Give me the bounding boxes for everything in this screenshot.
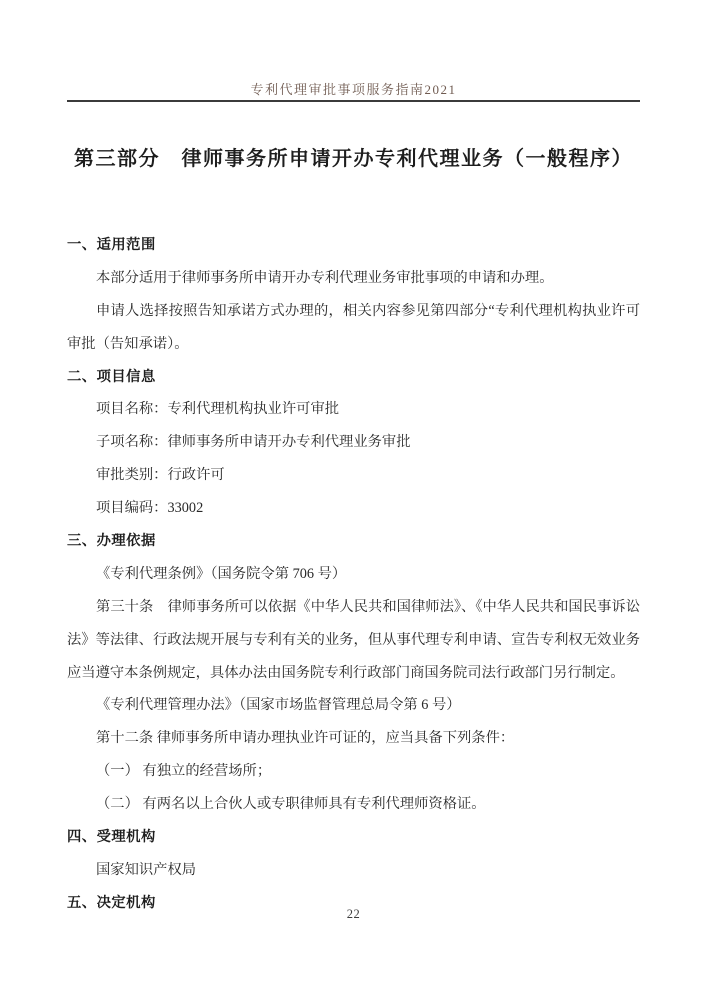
doc-line: 法》等法律、行政法规开展与专利有关的业务，但从事代理专利申请、宣告专利权无效业务 bbox=[67, 624, 640, 657]
doc-line: 《专利代理管理办法》（国家市场监督管理总局令第 6 号） bbox=[67, 689, 640, 722]
doc-line: 子项名称：律师事务所申请开办专利代理业务审批 bbox=[67, 426, 640, 459]
page-number: 22 bbox=[0, 907, 707, 922]
document-body: 一、适用范围 本部分适用于律师事务所申请开办专利代理业务审批事项的申请和办理。 … bbox=[67, 229, 640, 920]
doc-line: 审批类别：行政许可 bbox=[67, 459, 640, 492]
header-rule bbox=[67, 100, 640, 102]
doc-line: 第三十条 律师事务所可以依据《中华人民共和国律师法》、《中华人民共和国民事诉讼 bbox=[67, 591, 640, 624]
section-heading: 四、受理机构 bbox=[67, 821, 640, 854]
doc-line: 审批（告知承诺）。 bbox=[67, 328, 640, 361]
document-page: 专利代理审批事项服务指南2021 第三部分 律师事务所申请开办专利代理业务（一般… bbox=[0, 0, 707, 1000]
section-heading: 二、项目信息 bbox=[67, 361, 640, 394]
doc-line: 项目名称：专利代理机构执业许可审批 bbox=[67, 393, 640, 426]
running-header: 专利代理审批事项服务指南2021 bbox=[0, 79, 707, 98]
section-heading: 一、适用范围 bbox=[67, 229, 640, 262]
doc-line: 申请人选择按照告知承诺方式办理的，相关内容参见第四部分“专利代理机构执业许可 bbox=[67, 295, 640, 328]
doc-line: 项目编码：33002 bbox=[67, 492, 640, 525]
section-heading: 三、办理依据 bbox=[67, 525, 640, 558]
page-title: 第三部分 律师事务所申请开办专利代理业务（一般程序） bbox=[0, 142, 707, 171]
doc-line: 第十二条 律师事务所申请办理执业许可证的，应当具备下列条件： bbox=[67, 722, 640, 755]
doc-line: 国家知识产权局 bbox=[67, 854, 640, 887]
doc-line: （一） 有独立的经营场所； bbox=[67, 755, 640, 788]
doc-line: 应当遵守本条例规定，具体办法由国务院专利行政部门商国务院司法行政部门另行制定。 bbox=[67, 657, 640, 690]
doc-line: 《专利代理条例》（国务院令第 706 号） bbox=[67, 558, 640, 591]
doc-line: （二） 有两名以上合伙人或专职律师具有专利代理师资格证。 bbox=[67, 788, 640, 821]
doc-line: 本部分适用于律师事务所申请开办专利代理业务审批事项的申请和办理。 bbox=[67, 262, 640, 295]
